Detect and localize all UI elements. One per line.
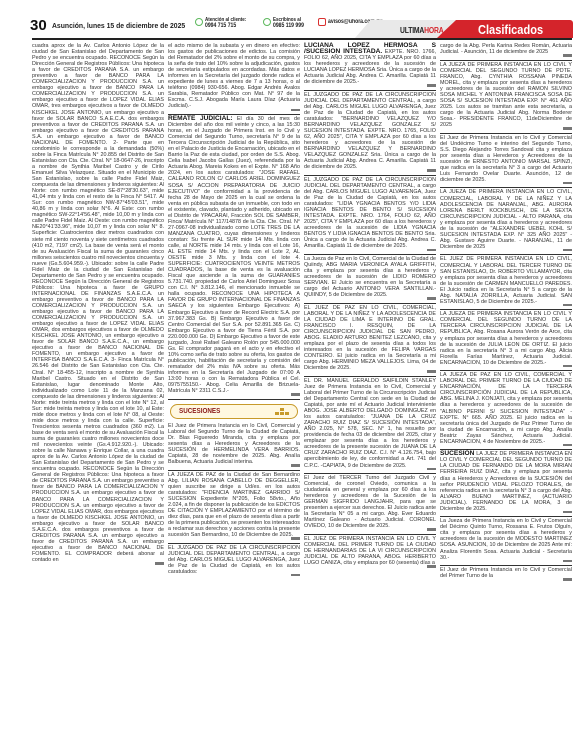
ad-body: EL JUEZ DE PRIMERA INSTANCIA EN LO CIVIL…	[440, 256, 572, 304]
ad-body: EL JUEZ DE PRIMERA INSTANCIA EN LO CIVIL…	[304, 536, 436, 566]
column-1: cuadra aprox de la Av. Carlos Antonio Ló…	[32, 42, 164, 748]
classified-ad: La Jueza de Primera Instancia en lo Civi…	[440, 517, 572, 566]
page-header: 30 Asunción, lunes 15 de diciembre de 20…	[0, 0, 580, 40]
ad-body: LA JUEZ DE PRIMERA INSTANCIA EN LO CIVIL…	[440, 451, 572, 511]
classified-ad: el acto mismo de la subasta y en dinero …	[168, 42, 300, 115]
classified-ad: SUCESIÓN LA JUEZ DE PRIMERA INSTANCIA EN…	[440, 450, 572, 517]
ad-headline: REMATE JUDICIAL:	[168, 115, 233, 122]
classified-ad: EL DR. MANUEL GERALDO SAIFILDIN STANLEY …	[304, 377, 436, 474]
ad-code-tag	[440, 560, 572, 564]
brand-ultima: ULTIMA	[400, 26, 424, 35]
classified-ad: El Juez del TERCER Turno del Juzgado Civ…	[304, 474, 436, 535]
ad-code-tag	[440, 127, 572, 131]
dateline: Asunción, lunes 15 de diciembre de 2025	[52, 21, 185, 30]
classified-ad: REMATE JUDICIAL: El día 30 del mes de Di…	[168, 115, 300, 400]
classified-ad: EL JUEZ DE PRIMERA INSTANCIA EN LO CIVIL…	[304, 535, 436, 571]
whatsapp-contact[interactable]: Escribinos al0985 119 999	[263, 17, 309, 29]
brand-logo: ULTIMAHORA	[400, 26, 444, 35]
classified-ad: EL JUZGADO DE PAZ DE LA CIRCUNSCRIPCION …	[304, 91, 436, 176]
brand-hora: HORA	[424, 26, 443, 35]
section-label: SUCESIONES	[179, 408, 220, 415]
classified-ad: EL JUZGADO DE PAZ DE LA CIRCUNSCRIPCION …	[168, 544, 300, 580]
classified-ad: EL JUEZ DE PAZ EN LO CIVIL, COMERCIAL, L…	[304, 304, 436, 377]
ad-body: EXPTE. NRO. 1766, FOLIO 62, AÑO 2025, CI…	[304, 49, 436, 85]
classified-ad: La Jueza de Paz en lo Civil, Comercial d…	[304, 255, 436, 304]
ad-body: EL JUZGADO DE PAZ DE LA CIRCUNSCRIPCION …	[304, 92, 436, 171]
ad-body: La Jueza de Paz en lo Civil, Comercial d…	[304, 256, 436, 298]
page-number: 30	[30, 17, 47, 34]
ad-headline: SUCESIÓN	[440, 450, 474, 457]
classified-ad: LA JUEZA DE PAZ de la Ciudad de San Bern…	[168, 471, 300, 544]
ad-body: LA JUEZA DE PRIMERA INSTANCIA EN LO CIVI…	[440, 311, 572, 365]
ad-body: EL JUZGADO DE PAZ DE LA CIRCUNSCRIPCION …	[304, 177, 436, 250]
classified-ad: cuadra aprox de la Av. Carlos Antonio Ló…	[32, 42, 164, 568]
ad-body: El Juez del TERCER Turno del Juzgado Civ…	[304, 475, 436, 529]
column-3: LUCIANA LOPEZ HERMOSA S /SUCESION INTEST…	[304, 42, 436, 748]
whatsapp-icon	[195, 18, 203, 26]
column-4: cargo de la Abg. Perla Karina Redes Romá…	[440, 42, 572, 748]
customer-service-contact[interactable]: Atención al cliente:0994 715 715	[195, 17, 254, 29]
whatsapp-icon	[263, 18, 271, 26]
contact-phone[interactable]: 0985 119 999	[273, 23, 304, 29]
classified-ad: LA JUEZA DE PRIMERA INSTANCIA EN LO CIVI…	[440, 188, 572, 255]
classified-ad: El Juez de Primera Instancia en lo Civil…	[440, 566, 572, 584]
section-title: Clasificados	[478, 22, 543, 37]
ad-body: LA JUEZA DE PRIMERA INSTANCIA EN LO CIVI…	[440, 62, 572, 128]
classified-ad: LA JUEZA DE PRIMERA INSTANCIA EN LO CIVI…	[440, 61, 572, 134]
sucesiones-section-badge: SUCESIONES	[170, 404, 298, 419]
classified-ad: LA JUEZA DE PRIMERA INSTANCIA EN LO CIVI…	[440, 310, 572, 371]
ad-body: cuadra aprox de la Av. Carlos Antonio Ló…	[32, 43, 164, 563]
ad-body: LA JUEZA DE PRIMERA INSTANCIA EN LO CIVI…	[440, 189, 572, 249]
classified-ad: El Juez de Primera Instancia en lo Civil…	[440, 134, 572, 189]
ad-body: EL JUZGADO DE PAZ DE LA CIRCUNSCRIPCION …	[168, 545, 300, 575]
envelope-icon	[318, 18, 326, 26]
family-tree-icon	[275, 408, 289, 415]
ad-body: EL DR. MANUEL GERALDO SAIFILDIN STANLEY …	[304, 378, 436, 469]
contact-phone[interactable]: 0994 715 715	[205, 23, 236, 29]
ad-body: el acto mismo de la subasta y en dinero …	[168, 43, 300, 109]
ad-body: El Juez de Primera Instancia en lo Civil…	[440, 135, 572, 183]
ad-body: El día 30 del mes de Diciembre del año d…	[168, 116, 300, 394]
classified-ad: LUCIANA LOPEZ HERMOSA S /SUCESION INTEST…	[304, 42, 436, 91]
ad-body: LA JUEZA DE PAZ de la Ciudad de San Bern…	[168, 472, 300, 538]
ad-body: LA JUEZA DE PAZ EN LO CIVIL, COMERCIAL Y…	[440, 372, 572, 445]
ad-body: EL JUEZ DE PAZ EN LO CIVIL, COMERCIAL, L…	[304, 305, 436, 371]
classified-ad: cargo de la Abg. Perla Karina Redes Romá…	[440, 42, 572, 61]
ad-body: La Jueza de Primera Instancia en lo Civi…	[440, 518, 572, 560]
classified-ad: EL JUEZ DE PRIMERA INSTANCIA EN LO CIVIL…	[440, 255, 572, 310]
header-rule	[32, 38, 572, 40]
column-2: el acto mismo de la subasta y en dinero …	[168, 42, 300, 748]
classified-ad: EL JUZGADO DE PAZ DE LA CIRCUNSCRIPCION …	[304, 176, 436, 255]
classified-ad: LA JUEZA DE PAZ EN LO CIVIL, COMERCIAL Y…	[440, 371, 572, 450]
classifieds-columns: cuadra aprox de la Av. Carlos Antonio Ló…	[32, 42, 572, 748]
ad-body: El Juez de Primera Instancia en lo Civil…	[168, 423, 300, 465]
classified-ad: El Juez de Primera Instancia en lo Civil…	[168, 422, 300, 471]
